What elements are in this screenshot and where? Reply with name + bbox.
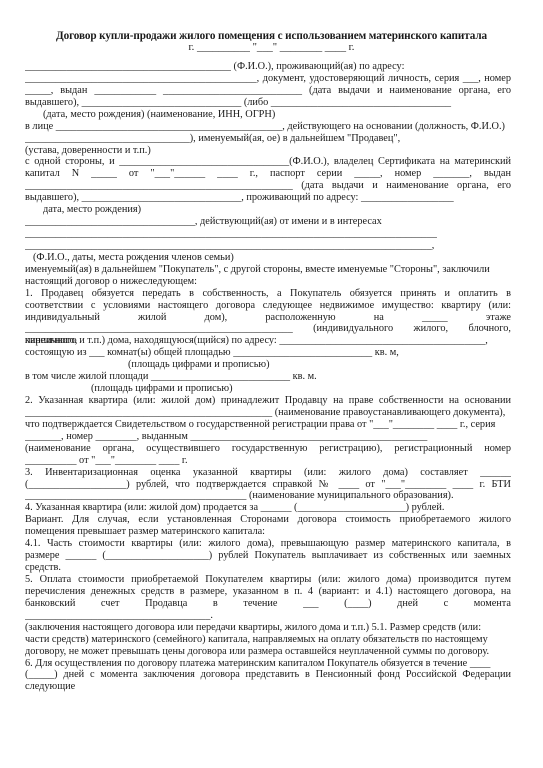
document-title: Договор купли-продажи жилого помещения с… [0,30,543,42]
document-line: с одной стороны, и _____________________… [25,156,511,168]
document-line: __________ от "___"________ ____ г. [25,455,511,467]
document-line: соответствии с условиями настоящего дого… [25,300,511,312]
document-line: перечисления денежных средств в размере,… [25,586,511,598]
document-line: ________________________________), имену… [25,133,511,145]
document-line: (заключения настоящего договора или пере… [25,622,511,634]
document-line: в том числе жилой площади ______________… [25,371,511,383]
document-line: 6. Для осуществления по договору платежа… [25,658,511,670]
document-line: 2. Указанная квартира (или: жилой дом) п… [25,395,511,407]
document-line: 1. Продавец обязуется передать в собстве… [25,288,511,300]
document-line: ____________________________________. [25,610,511,622]
document-line: следующие [25,681,511,693]
document-line: средств. [25,562,511,574]
document-line: ________________________________________… [25,240,511,252]
document-line: ________________________________________… [25,490,511,502]
document-line: помещения превышает размер материнского … [25,526,511,538]
document-line: ________________________________________… [25,228,511,240]
document-line: (устава, доверенности и т.п.) [25,145,511,157]
document-line: капитал N _____ от "___"______ ____ г., … [25,168,511,180]
document-line: индивидуальный жилой дом), расположенную… [25,312,511,324]
document-line: размере ______ (____________________) ру… [25,550,511,562]
document-line: части средств) материнского (семейного) … [25,634,511,646]
document-line: (наименование органа, осуществившего гос… [25,443,511,455]
document-line: (_____) дней с момента заключения догово… [25,669,511,681]
document-line: кирпичного и т.п.) дома, находящуюся(щий… [25,335,511,347]
document-line: состоящую из ___ комнат(ы) общей площадь… [25,347,511,359]
document-line: ________________________________________… [25,407,511,419]
document-line: (площадь цифрами и прописью) [91,383,511,395]
document-line: ________________________________________… [25,73,511,85]
document-line: дата, место рождения) [43,204,511,216]
document-line: _______, номер ________, выданным ______… [25,431,511,443]
place-date-line: г. __________ "___" ________ ____ г. [0,42,543,53]
document-line: _____, выдан ____________ ______________… [25,85,511,97]
document-line: договору, не может превышать цены догово… [25,646,511,658]
document-line: _________________________________, дейст… [25,216,511,228]
document-line: (___________________) рублей, что подтве… [25,479,511,491]
document-line: (Ф.И.О., даты, места рождения членов сем… [33,252,511,264]
document-line: именуемый(ая) в дальнейшем "Покупатель",… [25,264,511,276]
document-line: Вариант. Для случая, если установленная … [25,514,511,526]
document-line: 5. Оплата стоимости приобретаемой Покупа… [25,574,511,586]
document-line: выдавшего), ____________________________… [25,192,511,204]
document-line: 4.1. Часть стоимости квартиры (или: жило… [25,538,511,550]
document-line: банковский счет Продавца в течение ___ (… [25,598,511,610]
document-line: (дата, место рождения) (наименование, ИН… [43,109,511,121]
document-line: в лице _________________________________… [25,121,511,133]
document-line: выдавшего), ____________________________… [25,97,511,109]
document-line: ________________________________________… [25,61,511,73]
document-line: настоящий договор о нижеследующем: [25,276,511,288]
document-line: ________________________________________… [25,180,511,192]
document-line: (площадь цифрами и прописью) [128,359,511,371]
document-line: 4. Указанная квартира (или: жилой дом) п… [25,502,511,514]
document-page: Договор купли-продажи жилого помещения с… [0,0,543,768]
document-line: что подтверждается Свидетельством о госу… [25,419,511,431]
document-line: 3. Инвентаризационная оценка указанной к… [25,467,511,479]
